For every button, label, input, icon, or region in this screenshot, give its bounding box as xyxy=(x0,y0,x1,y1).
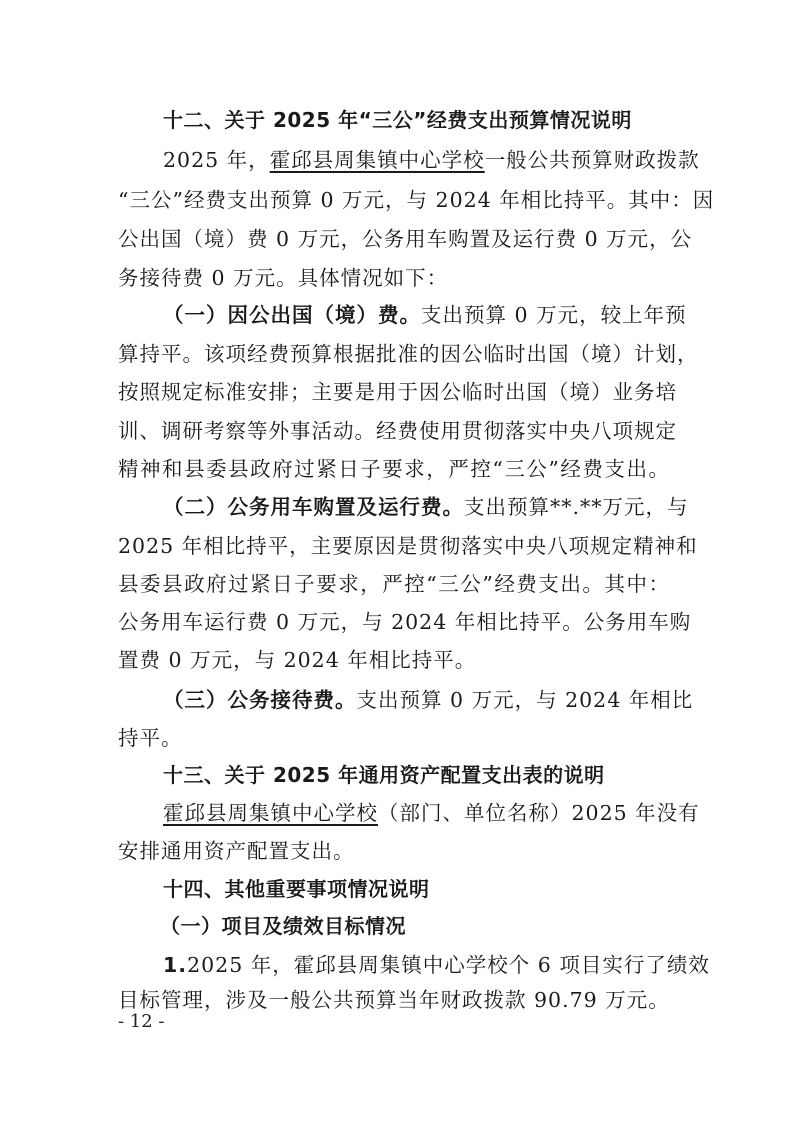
sub1-line: 训、调研考察等外事活动。经费使用贯彻落实中央八项规定 xyxy=(118,416,670,446)
section-14-item-line: 1.2025 年，霍邱县周集镇中心学校个 6 项目实行了绩效 xyxy=(163,950,670,980)
sub2-line: 置费 0 万元，与 2024 年相比持平。 xyxy=(118,645,670,675)
text: 支出预算 0 万元，较上年预 xyxy=(421,303,687,327)
section-14-item-line: 目标管理，涉及一般公共预算当年财政拨款 90.79 万元。 xyxy=(118,985,670,1015)
unit-name: 霍邱县周集镇中心学校 xyxy=(270,148,485,172)
sub2-line: （二）公务用车购置及运行费。支出预算**.**万元，与 xyxy=(163,492,670,522)
sub2-line: 县委县政府过紧日子要求，严控“三公”经费支出。其中： xyxy=(118,569,670,599)
sub2-title: （二）公务用车购置及运行费。 xyxy=(163,495,464,519)
sub3-line: （三）公务接待费。支出预算 0 万元，与 2024 年相比 xyxy=(163,685,670,715)
section-14-sub1-title: （一）项目及绩效目标情况 xyxy=(160,911,712,941)
section-12-heading: 十二、关于 2025 年“三公”经费支出预算情况说明 xyxy=(163,105,670,135)
section-13-line: 霍邱县周集镇中心学校（部门、单位名称）2025 年没有 xyxy=(163,798,670,828)
item-number: 1. xyxy=(163,953,187,977)
sub1-title: （一）因公出国（境）费。 xyxy=(163,303,421,327)
section-12-para-line: 2025 年，霍邱县周集镇中心学校一般公共预算财政拨款 xyxy=(163,145,670,175)
sub2-line: 2025 年相比持平，主要原因是贯彻落实中央八项规定精神和 xyxy=(118,531,670,561)
sub3-line: 持平。 xyxy=(118,723,670,753)
page-number: - 12 - xyxy=(118,1010,165,1034)
text: 2025 年， xyxy=(163,148,270,172)
sub2-line: 公务用车运行费 0 万元，与 2024 年相比持平。公务用车购 xyxy=(118,607,670,637)
sub3-title: （三）公务接待费。 xyxy=(163,688,357,712)
section-12-para-line: “三公”经费支出预算 0 万元，与 2024 年相比持平。其中：因 xyxy=(118,185,670,215)
section-13-line: 安排通用资产配置支出。 xyxy=(118,836,670,866)
sub1-line: 算持平。该项经费预算根据批准的因公临时出国（境）计划， xyxy=(118,339,670,369)
section-12-para-line: 务接待费 0 万元。具体情况如下： xyxy=(118,263,670,293)
text: 支出预算**.**万元，与 xyxy=(464,495,689,519)
text: 2025 年，霍邱县周集镇中心学校个 6 项目实行了绩效 xyxy=(187,953,710,977)
sub1-line: 精神和县委县政府过紧日子要求，严控“三公”经费支出。 xyxy=(118,454,670,484)
text: （部门、单位名称）2025 年没有 xyxy=(378,801,700,825)
section-13-heading: 十三、关于 2025 年通用资产配置支出表的说明 xyxy=(163,760,670,790)
section-14-heading: 十四、其他重要事项情况说明 xyxy=(163,874,670,904)
unit-name: 霍邱县周集镇中心学校 xyxy=(163,801,378,825)
text: 一般公共预算财政拨款 xyxy=(485,148,700,172)
sub1-line: （一）因公出国（境）费。支出预算 0 万元，较上年预 xyxy=(163,300,670,330)
section-12-para-line: 公出国（境）费 0 万元，公务用车购置及运行费 0 万元，公 xyxy=(118,224,670,254)
text: 支出预算 0 万元，与 2024 年相比 xyxy=(357,688,694,712)
sub1-line: 按照规定标准安排；主要是用于因公临时出国（境）业务培 xyxy=(118,377,670,407)
